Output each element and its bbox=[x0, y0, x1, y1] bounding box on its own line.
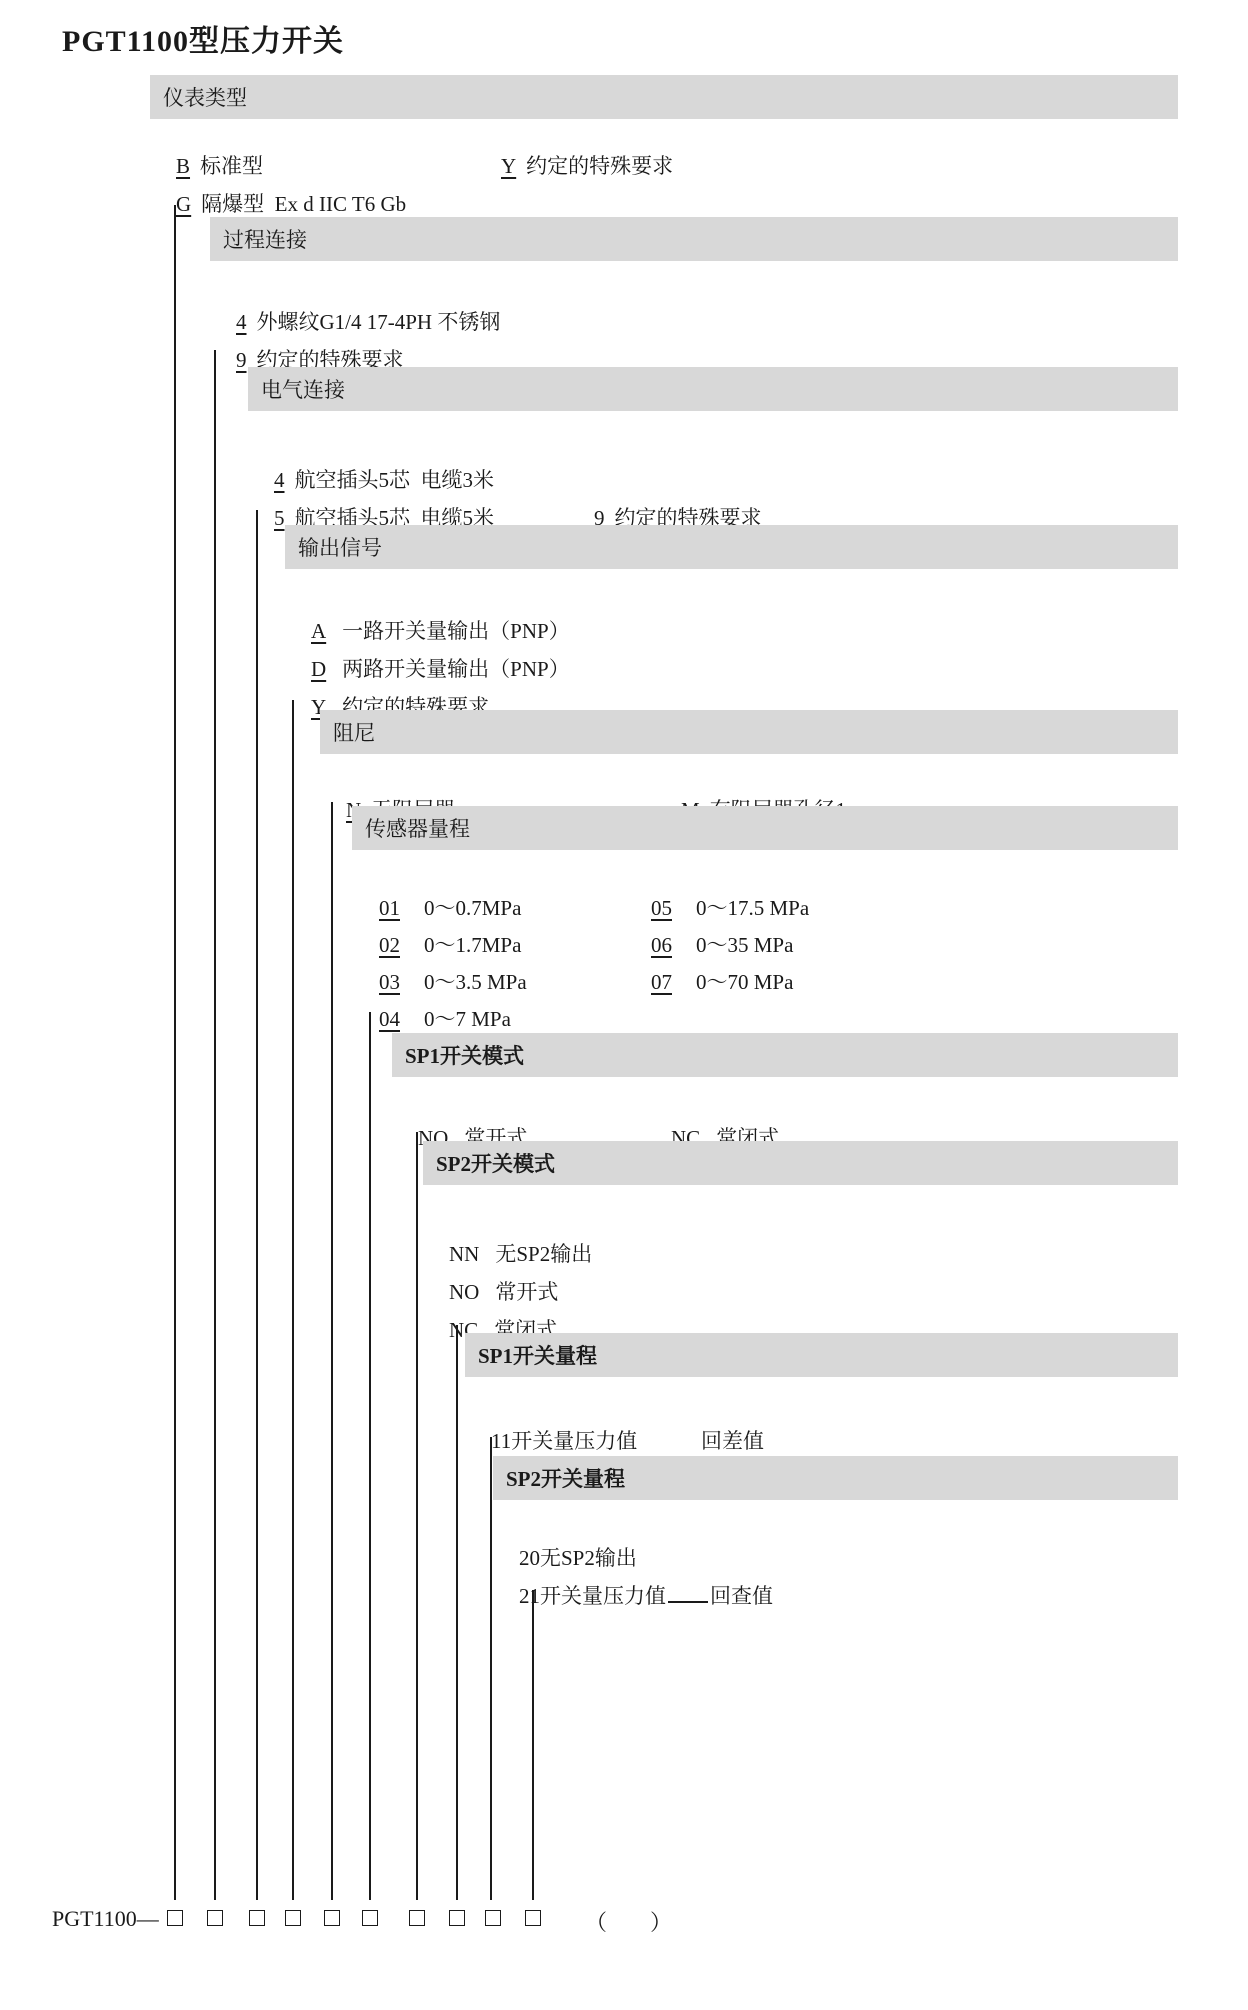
code-box bbox=[285, 1910, 301, 1926]
section-label: 输出信号 bbox=[298, 532, 382, 562]
option-code: 04 bbox=[379, 1006, 400, 1032]
section-label: 传感器量程 bbox=[365, 813, 470, 843]
close-paren: ） bbox=[650, 1906, 672, 1937]
section-header-damping: 阻尼 bbox=[320, 710, 1178, 754]
connector-line-sp1-switch-range bbox=[490, 1437, 492, 1900]
section-header-sp1-switch-mode: SP1开关模式 bbox=[392, 1033, 1178, 1077]
code-box bbox=[449, 1910, 465, 1926]
code-box bbox=[525, 1910, 541, 1926]
code-box bbox=[485, 1910, 501, 1926]
option-code: 9 bbox=[236, 347, 247, 373]
connector-line-instrument-type bbox=[174, 205, 176, 1900]
option-item: 21开关量压力值回查值 bbox=[498, 1557, 773, 1635]
open-paren: （ bbox=[585, 1906, 607, 1937]
ordering-code-page: PGT1100型压力开关 仪表类型 B标准型 Y约定的特殊要求 G隔爆型 Ex … bbox=[0, 0, 1248, 2010]
section-header-sp2-switch-range: SP2开关量程 bbox=[493, 1456, 1178, 1500]
section-header-output-signal: 输出信号 bbox=[285, 525, 1178, 569]
section-header-process-connection: 过程连接 bbox=[210, 217, 1178, 261]
section-label: 仪表类型 bbox=[163, 82, 247, 112]
section-header-electrical-connection: 电气连接 bbox=[248, 367, 1178, 411]
option-code: G bbox=[176, 191, 191, 217]
section-label: 电气连接 bbox=[261, 374, 345, 404]
code-box bbox=[324, 1910, 340, 1926]
option-label: 隔爆型 Ex d IIC T6 Gb bbox=[201, 192, 406, 216]
code-box bbox=[409, 1910, 425, 1926]
code-box bbox=[167, 1910, 183, 1926]
section-header-sp1-switch-range: SP1开关量程 bbox=[465, 1333, 1178, 1377]
connector-line-process-connection bbox=[214, 350, 216, 1900]
section-header-instrument-type: 仪表类型 bbox=[150, 75, 1178, 119]
section-header-sp2-switch-mode: SP2开关模式 bbox=[423, 1141, 1178, 1185]
option-item: Y约定的特殊要求 bbox=[480, 127, 673, 205]
model-code-prefix: PGT1100— bbox=[52, 1906, 159, 1932]
option-label: 0～70 MPa bbox=[696, 970, 793, 994]
option-label: 11开关量压力值 bbox=[491, 1429, 637, 1453]
option-code: 07 bbox=[651, 969, 672, 995]
option-label: 21开关量压力值 bbox=[519, 1584, 666, 1608]
connector-line-electrical-connection bbox=[256, 510, 258, 1900]
code-box bbox=[249, 1910, 265, 1926]
option-label: 0～7 MPa bbox=[424, 1007, 511, 1031]
section-label: SP2开关模式 bbox=[436, 1148, 555, 1178]
page-title: PGT1100型压力开关 bbox=[62, 16, 344, 60]
option-label: 回查值 bbox=[710, 1584, 773, 1608]
connector-line-sensor-range bbox=[369, 1012, 371, 1900]
fill-in-blank bbox=[668, 1601, 708, 1603]
connector-line-sp2-switch-range bbox=[532, 1590, 534, 1900]
option-item: 070～70 MPa bbox=[630, 943, 793, 1021]
section-header-sensor-range: 传感器量程 bbox=[352, 806, 1178, 850]
option-code: Y bbox=[501, 153, 516, 179]
section-label: SP1开关量程 bbox=[478, 1340, 597, 1370]
section-label: 过程连接 bbox=[223, 224, 307, 254]
code-box bbox=[362, 1910, 378, 1926]
section-label: 阻尼 bbox=[333, 717, 375, 747]
option-label: 约定的特殊要求 bbox=[526, 154, 673, 178]
connector-line-sp1-switch-mode bbox=[416, 1132, 418, 1900]
connector-line-output-signal bbox=[292, 700, 294, 1900]
section-label: SP1开关模式 bbox=[405, 1040, 524, 1070]
connector-line-damping bbox=[331, 802, 333, 1900]
option-label: 回差值 bbox=[701, 1429, 764, 1453]
option-code: 5 bbox=[274, 505, 285, 531]
code-box bbox=[207, 1910, 223, 1926]
section-label: SP2开关量程 bbox=[506, 1463, 625, 1493]
connector-line-sp2-switch-mode bbox=[456, 1325, 458, 1900]
